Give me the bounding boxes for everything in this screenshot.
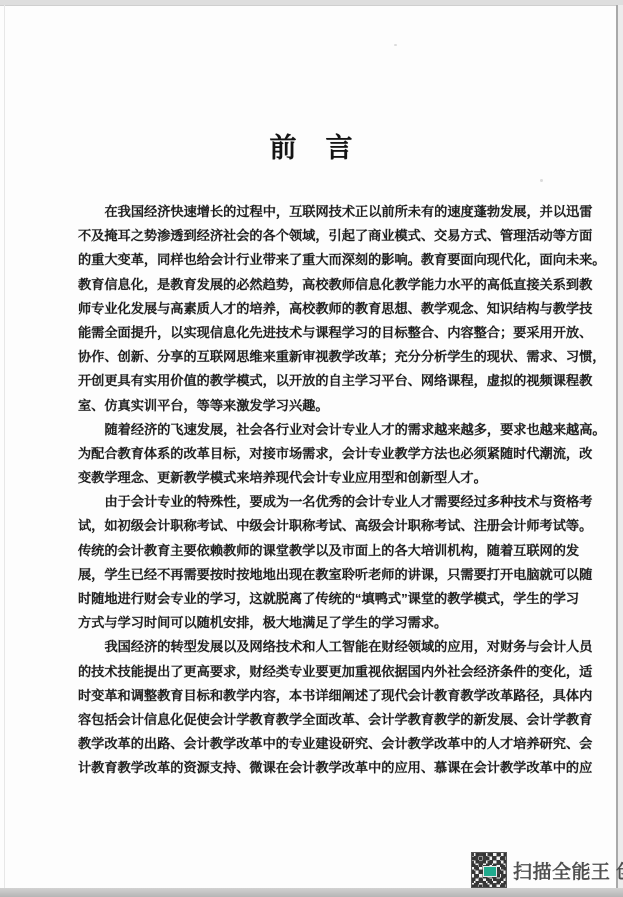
text-line: 的技术技能提出了更高要求，财经类专业要更加重视依据国内外社会经济条件的变化，适	[78, 660, 570, 684]
text-line: 能需全面提升，以实现信息化先进技术与课程学习的目标整合、内容整合；要采用开放、	[78, 321, 570, 345]
text-line: 由于会计专业的特殊性，要成为一名优秀的会计专业人才需要经过多种技术与资格考	[78, 490, 570, 514]
camscanner-watermark: 扫描全能王 创建	[468, 850, 618, 888]
text-line: 教育信息化，是教育发展的必然趋势，高校教师信息化教学能力水平的高低直接关系到教	[78, 273, 570, 297]
text-line: 随着经济的飞速发展，社会各行业对会计专业人才的需求越来越多，要求也越来越高。	[78, 418, 570, 442]
text-line: 展，学生已经不再需要按时按地地出现在教室聆听老师的讲课，只需要打开电脑就可以随	[78, 563, 570, 587]
text-line: 教学改革的出路、会计教学改革中的专业建设研究、会计教学改革中的人才培养研究、会	[78, 732, 570, 756]
scan-edge-bottom	[0, 888, 623, 897]
text-line: 开创更具有实用价值的教学模式，以开放的自主学习平台、网络课程，虚拟的视频课程教	[78, 369, 570, 393]
text-line: 我国经济的转型发展以及网络技术和人工智能在财经领域的应用，对财务与会计人员	[78, 635, 570, 659]
text-line: 时随地进行财会专业的学习，这就脱离了传统的“填鸭式”课堂的教学模式，学生的学习	[78, 587, 570, 611]
text-line: 方式与学习时间可以随机安排，极大地满足了学生的学习需求。	[78, 611, 570, 635]
text-line: 的重大变革，同样也给会计行业带来了重大而深刻的影响。教育要面向现代化，面向未来。	[78, 248, 570, 272]
scan-edge-top	[0, 0, 623, 6]
text-line: 容包括会计信息化促使会计学教育教学全面改革、会计学教育教学的新发展、会计学教育	[78, 708, 570, 732]
watermark-text: 扫描全能王 创建	[513, 857, 623, 884]
text-line: 在我国经济快速增长的过程中，互联网技术正以前所未有的速度蓬勃发展，并以迅雷	[78, 200, 570, 224]
text-line: 协作、创新、分享的互联网思维来重新审视教学改革；充分分析学生的现状、需求、习惯，	[78, 345, 570, 369]
qr-code-icon	[472, 853, 506, 887]
text-line: 为配合教育体系的改革目标，对接市场需求，会计专业教学方法也必须紧随时代潮流，改	[78, 442, 570, 466]
text-line: 变教学理念、更新教学模式来培养现代会计专业应用型和创新型人才。	[78, 466, 570, 490]
text-line: 室、仿真实训平台，等等来激发学习兴趣。	[78, 394, 570, 418]
text-line: 师专业化发展与高素质人才的培养，高校教师的教育思想、教学观念、知识结构与教学技	[78, 297, 570, 321]
text-line: 试，如初级会计职称考试、中级会计职称考试、高级会计职称考试、注册会计师考试等。	[78, 514, 570, 538]
text-line: 不及掩耳之势渗透到经济社会的各个领域，引起了商业模式、交易方式、管理活动等方面	[78, 224, 570, 248]
preface-body: 在我国经济快速增长的过程中，互联网技术正以前所未有的速度蓬勃发展，并以迅雷不及掩…	[78, 200, 570, 781]
scan-speck	[540, 179, 543, 182]
scan-speck	[394, 44, 397, 46]
text-line: 传统的会计教育主要依赖教师的课堂教学以及市面上的各大培训机构，随着互联网的发	[78, 539, 570, 563]
text-line: 计教育教学改革的资源支持、微课在会计教学改革中的应用、慕课在会计教学改革中的应	[78, 756, 570, 780]
page-title: 前 言	[0, 126, 623, 165]
text-line: 时变革和调整教育目标和教学内容，本书详细阐述了现代会计教育教学改革路径，具体内	[78, 684, 570, 708]
qr-accent-square	[483, 866, 497, 877]
